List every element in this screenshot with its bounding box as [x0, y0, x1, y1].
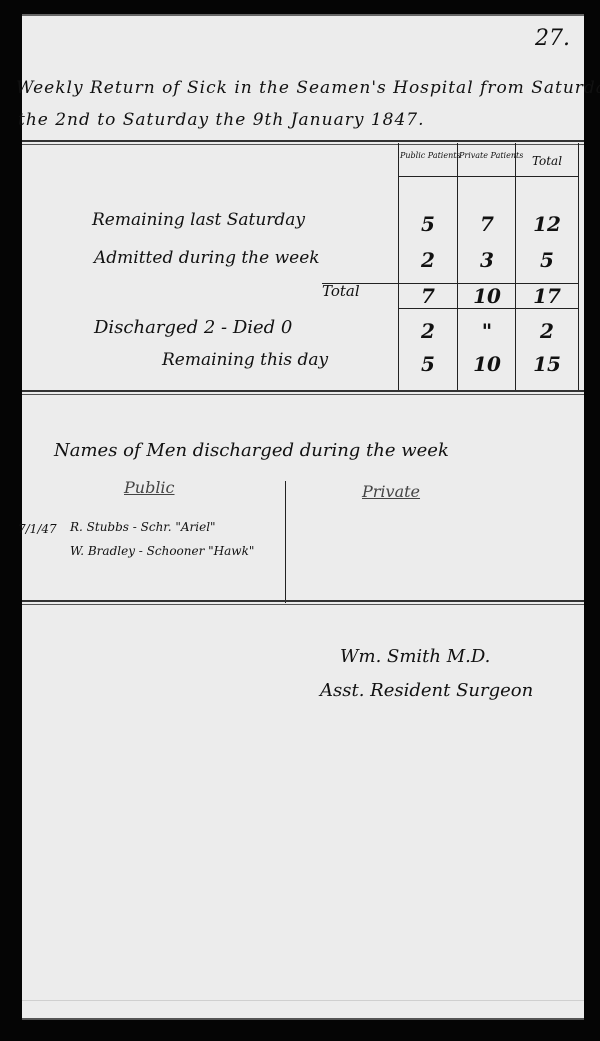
table-header-rule — [398, 176, 578, 177]
page-number: 27. — [535, 26, 570, 51]
cell-private: 10 — [462, 352, 512, 376]
cell-private: 7 — [462, 212, 512, 236]
row-label: Remaining this day — [162, 350, 328, 370]
total-rule-bottom — [398, 308, 578, 309]
cell-public: 5 — [403, 352, 453, 376]
header-rule — [22, 140, 584, 142]
names-bottom-rule — [22, 600, 584, 602]
title-line-1: Weekly Return of Sick in the Seamen's Ho… — [16, 78, 600, 98]
table-divider — [457, 143, 458, 391]
row-label: Total — [322, 282, 360, 300]
public-heading: Public — [124, 478, 175, 497]
bottom-edge-rule — [22, 1000, 584, 1001]
discharge-date: 7/1/47 — [18, 522, 57, 536]
public-name: R. Stubbs - Schr. "Ariel" — [70, 520, 216, 534]
cell-private: 10 — [462, 284, 512, 308]
row-label: Discharged 2 - Died 0 — [94, 317, 292, 338]
table-divider — [578, 143, 579, 391]
cell-total: 5 — [522, 248, 572, 272]
signature-name: Wm. Smith M.D. — [340, 646, 490, 667]
cell-public: 7 — [403, 284, 453, 308]
title-line-2: the 2nd to Saturday the 9th January 1847… — [18, 110, 425, 130]
signature-title: Asst. Resident Surgeon — [320, 680, 533, 701]
discharged-heading: Names of Men discharged during the week — [54, 440, 449, 461]
table-bottom-rule — [22, 390, 584, 392]
table-divider — [515, 143, 516, 391]
names-divider — [285, 481, 286, 603]
col-header-public: Public Patients — [400, 151, 456, 161]
cell-total: 17 — [522, 284, 572, 308]
cell-public: 2 — [403, 319, 453, 343]
ledger-page: 27. Weekly Return of Sick in the Seamen'… — [22, 14, 584, 1020]
cell-private: " — [462, 319, 512, 343]
cell-public: 5 — [403, 212, 453, 236]
row-label: Remaining last Saturday — [92, 210, 305, 230]
private-heading: Private — [362, 482, 420, 501]
col-header-private: Private Patients — [459, 151, 514, 161]
cell-total: 2 — [522, 319, 572, 343]
col-header-total: Total — [517, 156, 577, 166]
cell-total: 12 — [522, 212, 572, 236]
row-label: Admitted during the week — [94, 248, 320, 268]
cell-total: 15 — [522, 352, 572, 376]
cell-private: 3 — [462, 248, 512, 272]
table-divider — [398, 143, 399, 391]
cell-public: 2 — [403, 248, 453, 272]
public-name: W. Bradley - Schooner "Hawk" — [70, 544, 254, 558]
